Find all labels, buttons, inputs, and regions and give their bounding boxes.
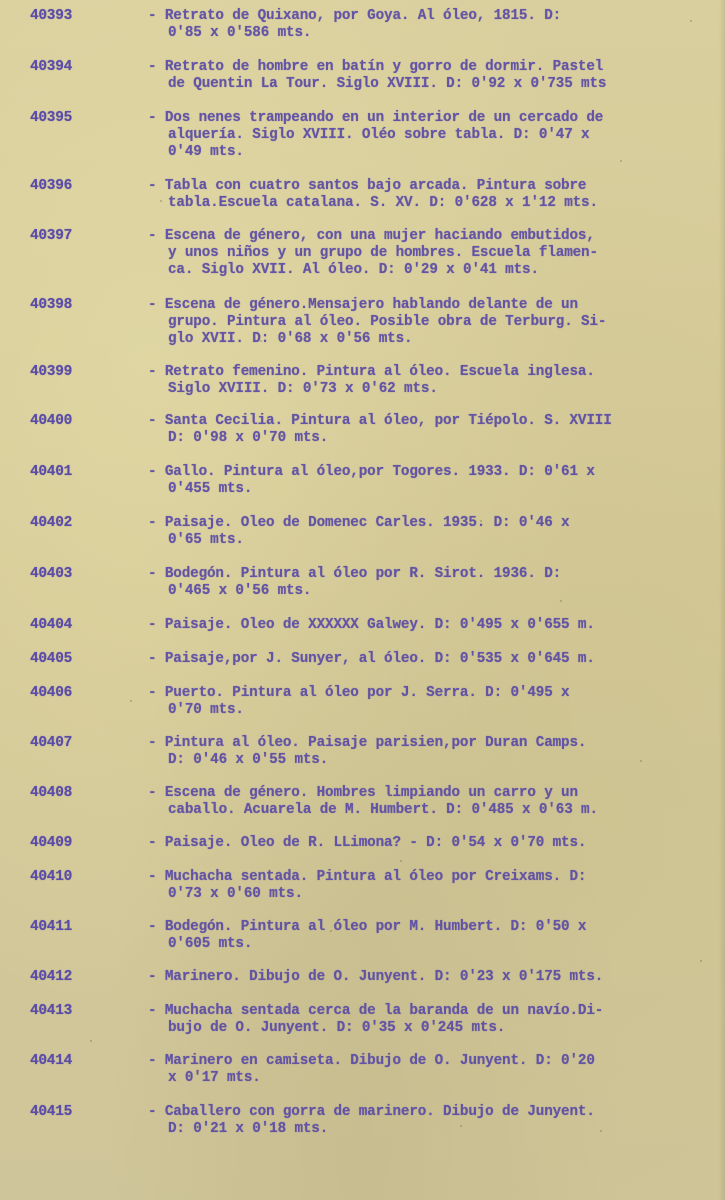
inventory-description: - Paisaje. Oleo de Domenec Carles. 1935.… xyxy=(148,515,708,549)
inventory-description: - Marinero. Dibujo de O. Junyent. D: 0'2… xyxy=(148,969,708,986)
inventory-description: - Escena de género. Hombres limpiando un… xyxy=(148,785,708,819)
inventory-number: 40410 xyxy=(30,869,100,885)
description-line: - Caballero con gorra de marinero. Dibuj… xyxy=(148,1104,708,1121)
description-line: - Retrato de Quixano, por Goya. Al óleo,… xyxy=(148,8,708,25)
inventory-description: - Tabla con cuatro santos bajo arcada. P… xyxy=(148,178,708,212)
inventory-description: - Retrato de hombre en batín y gorro de … xyxy=(148,59,708,93)
inventory-description: - Escena de género, con una mujer hacian… xyxy=(148,228,708,279)
description-line: 0'605 mts. xyxy=(148,936,708,953)
paper-speck xyxy=(260,340,262,342)
paper-speck xyxy=(400,860,402,862)
inventory-number: 40411 xyxy=(30,919,100,935)
description-line: - Escena de género. Hombres limpiando un… xyxy=(148,785,708,802)
description-line: D: 0'46 x 0'55 mts. xyxy=(148,752,708,769)
inventory-number: 40396 xyxy=(30,178,100,194)
inventory-description: - Bodegón. Pintura al óleo por R. Sirot.… xyxy=(148,566,708,600)
inventory-description: - Paisaje. Oleo de XXXXXX Galwey. D: 0'4… xyxy=(148,617,708,634)
inventory-number: 40393 xyxy=(30,8,100,24)
description-line: bujo de O. Junyent. D: 0'35 x 0'245 mts. xyxy=(148,1020,708,1037)
inventory-number: 40399 xyxy=(30,364,100,380)
description-line: - Tabla con cuatro santos bajo arcada. P… xyxy=(148,178,708,195)
description-line: - Paisaje,por J. Sunyer, al óleo. D: 0'5… xyxy=(148,651,708,668)
inventory-description: - Marinero en camiseta. Dibujo de O. Jun… xyxy=(148,1053,708,1087)
inventory-number: 40395 xyxy=(30,110,100,126)
inventory-description: - Santa Cecilia. Pintura al óleo, por Ti… xyxy=(148,413,708,447)
inventory-number: 40401 xyxy=(30,464,100,480)
typewritten-page: 40393- Retrato de Quixano, por Goya. Al … xyxy=(0,0,725,1200)
inventory-description: - Gallo. Pintura al óleo,por Togores. 19… xyxy=(148,464,708,498)
description-line: D: 0'21 x 0'18 mts. xyxy=(148,1121,708,1138)
inventory-description: - Bodegón. Pintura al óleo por M. Humber… xyxy=(148,919,708,953)
description-line: D: 0'98 x 0'70 mts. xyxy=(148,430,708,447)
inventory-description: - Retrato femenino. Pintura al óleo. Esc… xyxy=(148,364,708,398)
inventory-number: 40400 xyxy=(30,413,100,429)
inventory-description: - Caballero con gorra de marinero. Dibuj… xyxy=(148,1104,708,1138)
description-line: 0'455 mts. xyxy=(148,481,708,498)
paper-speck xyxy=(130,700,132,702)
description-line: x 0'17 mts. xyxy=(148,1070,708,1087)
paper-speck xyxy=(690,20,692,22)
paper-speck xyxy=(600,1130,602,1132)
description-line: grupo. Pintura al óleo. Posible obra de … xyxy=(148,314,708,331)
description-line: - Marinero en camiseta. Dibujo de O. Jun… xyxy=(148,1053,708,1070)
inventory-number: 40415 xyxy=(30,1104,100,1120)
description-line: - Muchacha sentada. Pintura al óleo por … xyxy=(148,869,708,886)
description-line: - Santa Cecilia. Pintura al óleo, por Ti… xyxy=(148,413,708,430)
description-line: caballo. Acuarela de M. Humbert. D: 0'48… xyxy=(148,802,708,819)
description-line: - Retrato de hombre en batín y gorro de … xyxy=(148,59,708,76)
inventory-number: 40412 xyxy=(30,969,100,985)
description-line: - Dos nenes trampeando en un interior de… xyxy=(148,110,708,127)
inventory-number: 40404 xyxy=(30,617,100,633)
description-line: - Muchacha sentada cerca de la baranda d… xyxy=(148,1003,708,1020)
description-line: 0'465 x 0'56 mts. xyxy=(148,583,708,600)
description-line: 0'65 mts. xyxy=(148,532,708,549)
inventory-description: - Muchacha sentada cerca de la baranda d… xyxy=(148,1003,708,1037)
description-line: - Bodegón. Pintura al óleo por R. Sirot.… xyxy=(148,566,708,583)
description-line: - Puerto. Pintura al óleo por J. Serra. … xyxy=(148,685,708,702)
inventory-number: 40397 xyxy=(30,228,100,244)
description-line: - Paisaje. Oleo de Domenec Carles. 1935.… xyxy=(148,515,708,532)
inventory-description: - Escena de género.Mensajero hablando de… xyxy=(148,297,708,348)
paper-speck xyxy=(460,1125,462,1127)
inventory-number: 40409 xyxy=(30,835,100,851)
paper-speck xyxy=(250,470,252,472)
description-line: 0'49 mts. xyxy=(148,144,708,161)
paper-speck xyxy=(560,600,562,602)
inventory-description: - Pintura al óleo. Paisaje parisien,por … xyxy=(148,735,708,769)
inventory-number: 40408 xyxy=(30,785,100,801)
inventory-description: - Paisaje,por J. Sunyer, al óleo. D: 0'5… xyxy=(148,651,708,668)
description-line: - Gallo. Pintura al óleo,por Togores. 19… xyxy=(148,464,708,481)
description-line: y unos niños y un grupo de hombres. Escu… xyxy=(148,245,708,262)
paper-speck xyxy=(620,160,622,162)
inventory-number: 40394 xyxy=(30,59,100,75)
paper-speck xyxy=(90,1040,92,1042)
description-line: Siglo XVIII. D: 0'73 x 0'62 mts. xyxy=(148,381,708,398)
inventory-description: - Paisaje. Oleo de R. LLimona? - D: 0'54… xyxy=(148,835,708,852)
inventory-number: 40403 xyxy=(30,566,100,582)
description-line: alquería. Siglo XVIII. Oléo sobre tabla.… xyxy=(148,127,708,144)
paper-speck xyxy=(160,200,162,202)
paper-speck xyxy=(640,760,642,762)
paper-speck xyxy=(700,960,702,962)
inventory-number: 40407 xyxy=(30,735,100,751)
description-line: - Bodegón. Pintura al óleo por M. Humber… xyxy=(148,919,708,936)
paper-speck xyxy=(480,520,482,522)
inventory-number: 40405 xyxy=(30,651,100,667)
inventory-number: 40402 xyxy=(30,515,100,531)
description-line: 0'70 mts. xyxy=(148,702,708,719)
inventory-number: 40414 xyxy=(30,1053,100,1069)
description-line: de Quentin La Tour. Siglo XVIII. D: 0'92… xyxy=(148,76,708,93)
description-line: glo XVII. D: 0'68 x 0'56 mts. xyxy=(148,331,708,348)
description-line: - Escena de género.Mensajero hablando de… xyxy=(148,297,708,314)
inventory-number: 40406 xyxy=(30,685,100,701)
inventory-number: 40398 xyxy=(30,297,100,313)
inventory-description: - Retrato de Quixano, por Goya. Al óleo,… xyxy=(148,8,708,42)
description-line: 0'73 x 0'60 mts. xyxy=(148,886,708,903)
description-line: ca. Siglo XVII. Al óleo. D: 0'29 x 0'41 … xyxy=(148,262,708,279)
inventory-description: - Puerto. Pintura al óleo por J. Serra. … xyxy=(148,685,708,719)
description-line: - Paisaje. Oleo de R. LLimona? - D: 0'54… xyxy=(148,835,708,852)
description-line: tabla.Escuela catalana. S. XV. D: 0'628 … xyxy=(148,195,708,212)
inventory-number: 40413 xyxy=(30,1003,100,1019)
description-line: - Escena de género, con una mujer hacian… xyxy=(148,228,708,245)
inventory-description: - Muchacha sentada. Pintura al óleo por … xyxy=(148,869,708,903)
paper-speck xyxy=(330,930,332,932)
page-edge-shadow xyxy=(719,0,725,1200)
description-line: 0'85 x 0'586 mts. xyxy=(148,25,708,42)
description-line: - Retrato femenino. Pintura al óleo. Esc… xyxy=(148,364,708,381)
description-line: - Pintura al óleo. Paisaje parisien,por … xyxy=(148,735,708,752)
description-line: - Marinero. Dibujo de O. Junyent. D: 0'2… xyxy=(148,969,708,986)
description-line: - Paisaje. Oleo de XXXXXX Galwey. D: 0'4… xyxy=(148,617,708,634)
inventory-description: - Dos nenes trampeando en un interior de… xyxy=(148,110,708,161)
